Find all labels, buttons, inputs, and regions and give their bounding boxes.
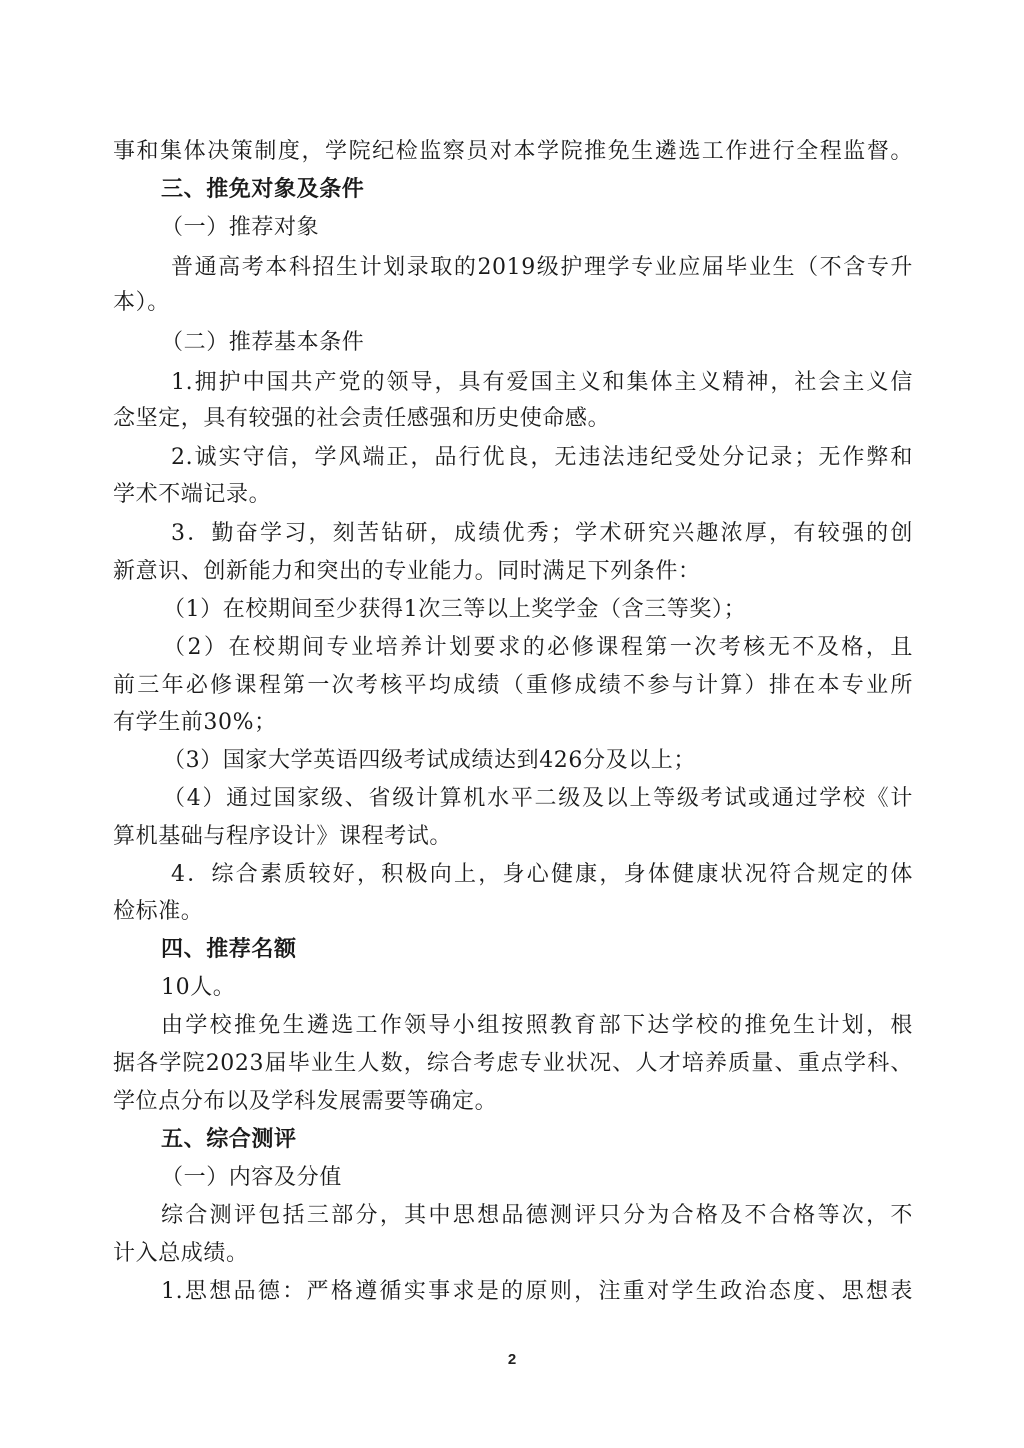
list-item: （1）在校期间至少获得1次三等以上奖学金（含三等奖）； bbox=[163, 594, 913, 626]
paragraph-line: 事和集体决策制度，学院纪检监察员对本学院推免生遴选工作进行全程监督。 bbox=[113, 136, 913, 168]
paragraph-line: 检标准。 bbox=[113, 896, 913, 928]
paragraph-line: 10人。 bbox=[161, 972, 913, 1004]
paragraph-line: 前三年必修课程第一次考核平均成绩（重修成绩不参与计算）排在本专业所 bbox=[113, 670, 913, 702]
paragraph-line: 学术不端记录。 bbox=[113, 479, 913, 511]
page-number: 2 bbox=[0, 1351, 1024, 1368]
paragraph-line: 有学生前30%； bbox=[113, 707, 913, 739]
paragraph-line: 算机基础与程序设计》课程考试。 bbox=[113, 821, 913, 853]
document-page: 事和集体决策制度，学院纪检监察员对本学院推免生遴选工作进行全程监督。 三、推免对… bbox=[0, 0, 1024, 1448]
paragraph-line: 1.思想品德：严格遵循实事求是的原则，注重对学生政治态度、思想表 bbox=[161, 1276, 913, 1308]
paragraph-line: 1.拥护中国共产党的领导，具有爱国主义和集体主义精神，社会主义信 bbox=[171, 367, 913, 399]
paragraph-line: 综合测评包括三部分，其中思想品德测评只分为合格及不合格等次，不 bbox=[161, 1200, 913, 1232]
paragraph-line: 新意识、创新能力和突出的专业能力。同时满足下列条件： bbox=[113, 556, 913, 588]
paragraph-line: 4．综合素质较好，积极向上，身心健康，身体健康状况符合规定的体 bbox=[171, 859, 913, 891]
list-item: （4）通过国家级、省级计算机水平二级及以上等级考试或通过学校《计 bbox=[163, 783, 913, 815]
paragraph-line: 学位点分布以及学科发展需要等确定。 bbox=[113, 1086, 913, 1118]
section-heading-4: 四、推荐名额 bbox=[161, 934, 913, 966]
paragraph-line: 普通高考本科招生计划录取的2019级护理学专业应届毕业生（不含专升 bbox=[171, 252, 913, 284]
paragraph-line: 由学校推免生遴选工作领导小组按照教育部下达学校的推免生计划，根 bbox=[161, 1010, 913, 1042]
paragraph-line: 2.诚实守信，学风端正，品行优良，无违法违纪受处分记录；无作弊和 bbox=[171, 442, 913, 474]
list-item: （3）国家大学英语四级考试成绩达到426分及以上； bbox=[163, 745, 913, 777]
subheading-recommend-target: （一）推荐对象 bbox=[161, 212, 913, 244]
section-heading-3: 三、推免对象及条件 bbox=[161, 174, 913, 206]
paragraph-line: 念坚定，具有较强的社会责任感强和历史使命感。 bbox=[113, 403, 913, 435]
paragraph-line: 3．勤奋学习，刻苦钻研，成绩优秀；学术研究兴趣浓厚，有较强的创 bbox=[171, 518, 913, 550]
paragraph-line: 计入总成绩。 bbox=[113, 1238, 913, 1270]
subheading-content-scores: （一）内容及分值 bbox=[161, 1162, 913, 1194]
paragraph-line: 本）。 bbox=[113, 287, 913, 319]
section-heading-5: 五、综合测评 bbox=[161, 1124, 913, 1156]
subheading-basic-conditions: （二）推荐基本条件 bbox=[161, 327, 913, 359]
list-item: （2）在校期间专业培养计划要求的必修课程第一次考核无不及格，且 bbox=[163, 632, 913, 664]
paragraph-line: 据各学院2023届毕业生人数，综合考虑专业状况、人才培养质量、重点学科、 bbox=[113, 1048, 913, 1080]
